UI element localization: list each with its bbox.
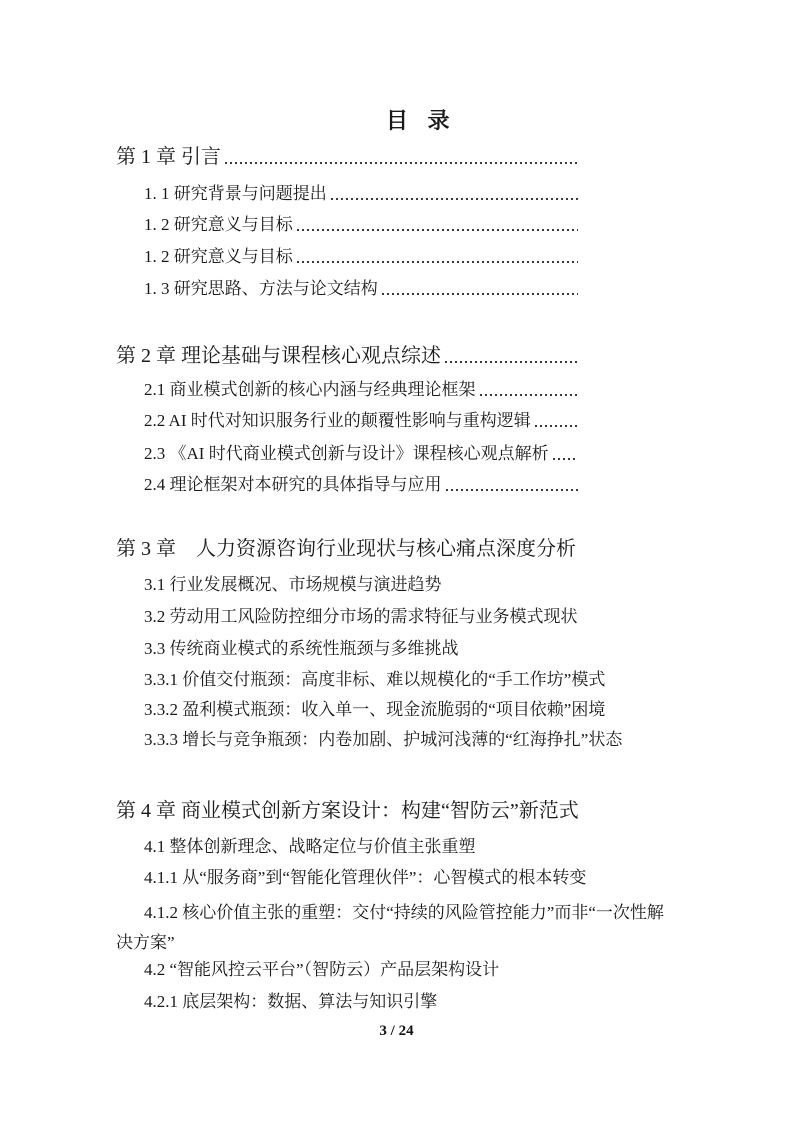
toc-entry-label: 3.3.2 盈利模式瓶颈：收入单一、现金流脆弱的“项目依赖”困境 <box>144 699 605 721</box>
toc-entry-3-3: 3.3 传统商业模式的系统性瓶颈与多维挑战 <box>116 638 693 660</box>
toc-entry-label: 4.2.1 底层架构：数据、算法与知识引擎 <box>144 991 437 1013</box>
toc-entry-2-1: 2.1 商业模式创新的核心内涵与经典理论框架 <box>116 379 578 401</box>
toc-entry-label: 1. 1 研究背景与问题提出 <box>144 183 327 205</box>
dot-leader <box>297 229 578 231</box>
page-number: 3 / 24 <box>0 1023 793 1040</box>
toc-entry-4-1-2: 4.1.2 核心价值主张的重塑：交付“持续的风险管控能力”而非“一次性解 决方案… <box>116 898 693 958</box>
dot-leader <box>535 425 578 427</box>
toc-entry-4-1: 4.1 整体创新理念、战略定位与价值主张重塑 <box>116 836 693 858</box>
toc-entry-label: 3.3 传统商业模式的系统性瓶颈与多维挑战 <box>144 638 459 660</box>
toc-entry-label: 2.2 AI 时代对知识服务行业的颠覆性影响与重构逻辑 <box>144 410 531 432</box>
page-title-text: 目 录 <box>386 108 451 133</box>
document-page: 目 录 第 1 章 引言 1. 1 研究背景与问题提出 1. 2 研究意义与目标… <box>0 0 793 1122</box>
dot-leader <box>331 198 578 200</box>
toc-entry-label: 第 1 章 引言 <box>116 144 221 170</box>
toc-entry-label: 1. 2 研究意义与目标 <box>144 246 293 268</box>
toc-entry-label: 1. 3 研究思路、方法与论文结构 <box>144 278 378 300</box>
toc-entry-2-2: 2.2 AI 时代对知识服务行业的颠覆性影响与重构逻辑 <box>116 410 578 432</box>
toc-entry-label: 3.3.3 增长与竞争瓶颈：内卷加剧、护城河浅薄的“红海挣扎”状态 <box>144 729 622 751</box>
toc-entry-1-1: 1. 1 研究背景与问题提出 <box>116 183 578 205</box>
toc-entry-1-3: 1. 3 研究思路、方法与论文结构 <box>116 278 578 300</box>
toc-entry-label: 3.1 行业发展概况、市场规模与演进趋势 <box>144 574 442 596</box>
toc-entry-1-2: 1. 2 研究意义与目标 <box>116 214 578 236</box>
dot-leader <box>480 394 579 396</box>
toc-entry-label: 4.2 “智能风控云平台”（智防云）产品层架构设计 <box>144 959 499 981</box>
dot-leader <box>225 162 578 164</box>
toc-entry-3-3-1: 3.3.1 价值交付瓶颈：高度非标、难以规模化的“手工作坊”模式 <box>116 669 693 691</box>
toc-entry-1-2-duplicate: 1. 2 研究意义与目标 <box>116 246 578 268</box>
toc-entry-label: 1. 2 研究意义与目标 <box>144 214 293 236</box>
toc-entry-3-3-2: 3.3.2 盈利模式瓶颈：收入单一、现金流脆弱的“项目依赖”困境 <box>116 699 693 721</box>
page-title: 目 录 <box>386 104 451 135</box>
toc-entry-label: 3.2 劳动用工风险防控细分市场的需求特征与业务模式现状 <box>144 606 578 628</box>
toc-entry-label: 3.3.1 价值交付瓶颈：高度非标、难以规模化的“手工作坊”模式 <box>144 669 605 691</box>
toc-entry-ch4: 第 4 章 商业模式创新方案设计：构建“智防云”新范式 <box>116 798 693 824</box>
toc-entry-label: 2.1 商业模式创新的核心内涵与经典理论框架 <box>144 379 476 401</box>
toc-entry-3-1: 3.1 行业发展概况、市场规模与演进趋势 <box>116 574 693 596</box>
dot-leader <box>297 261 578 263</box>
toc-entry-3-2: 3.2 劳动用工风险防控细分市场的需求特征与业务模式现状 <box>116 606 693 628</box>
toc-entry-4-2: 4.2 “智能风控云平台”（智防云）产品层架构设计 <box>116 959 693 981</box>
toc-entry-ch3: 第 3 章 人力资源咨询行业现状与核心痛点深度分析 <box>116 536 693 562</box>
toc-entry-label: 4.1.2 核心价值主张的重塑：交付“持续的风险管控能力”而非“一次性解 决方案… <box>116 898 693 958</box>
toc-entry-ch1: 第 1 章 引言 <box>116 144 578 170</box>
toc-entry-label: 第 3 章 人力资源咨询行业现状与核心痛点深度分析 <box>116 536 576 562</box>
toc-entry-label: 4.1.1 从“服务商”到“智能化管理伙伴”：心智模式的根本转变 <box>144 867 586 889</box>
dot-leader <box>446 489 579 491</box>
dot-leader <box>382 293 578 295</box>
toc-entry-label: 4.1 整体创新理念、战略定位与价值主张重塑 <box>144 836 476 858</box>
toc-entry-label: 第 2 章 理论基础与课程核心观点综述 <box>116 343 441 369</box>
toc-entry-4-2-1: 4.2.1 底层架构：数据、算法与知识引擎 <box>116 991 693 1013</box>
toc-entry-4-1-1: 4.1.1 从“服务商”到“智能化管理伙伴”：心智模式的根本转变 <box>116 867 693 889</box>
toc-entry-label: 2.3 《AI 时代商业模式创新与设计》课程核心观点解析 <box>144 443 549 465</box>
toc-entry-2-4: 2.4 理论框架对本研究的具体指导与应用 <box>116 474 578 496</box>
toc-entry-2-3: 2.3 《AI 时代商业模式创新与设计》课程核心观点解析 <box>116 443 578 465</box>
dot-leader <box>553 458 578 460</box>
toc-entry-ch2: 第 2 章 理论基础与课程核心观点综述 <box>116 343 578 369</box>
toc-entry-3-3-3: 3.3.3 增长与竞争瓶颈：内卷加剧、护城河浅薄的“红海挣扎”状态 <box>116 729 693 751</box>
toc-entry-label: 第 4 章 商业模式创新方案设计：构建“智防云”新范式 <box>116 798 579 824</box>
toc-entry-label: 2.4 理论框架对本研究的具体指导与应用 <box>144 474 442 496</box>
dot-leader <box>445 361 578 363</box>
